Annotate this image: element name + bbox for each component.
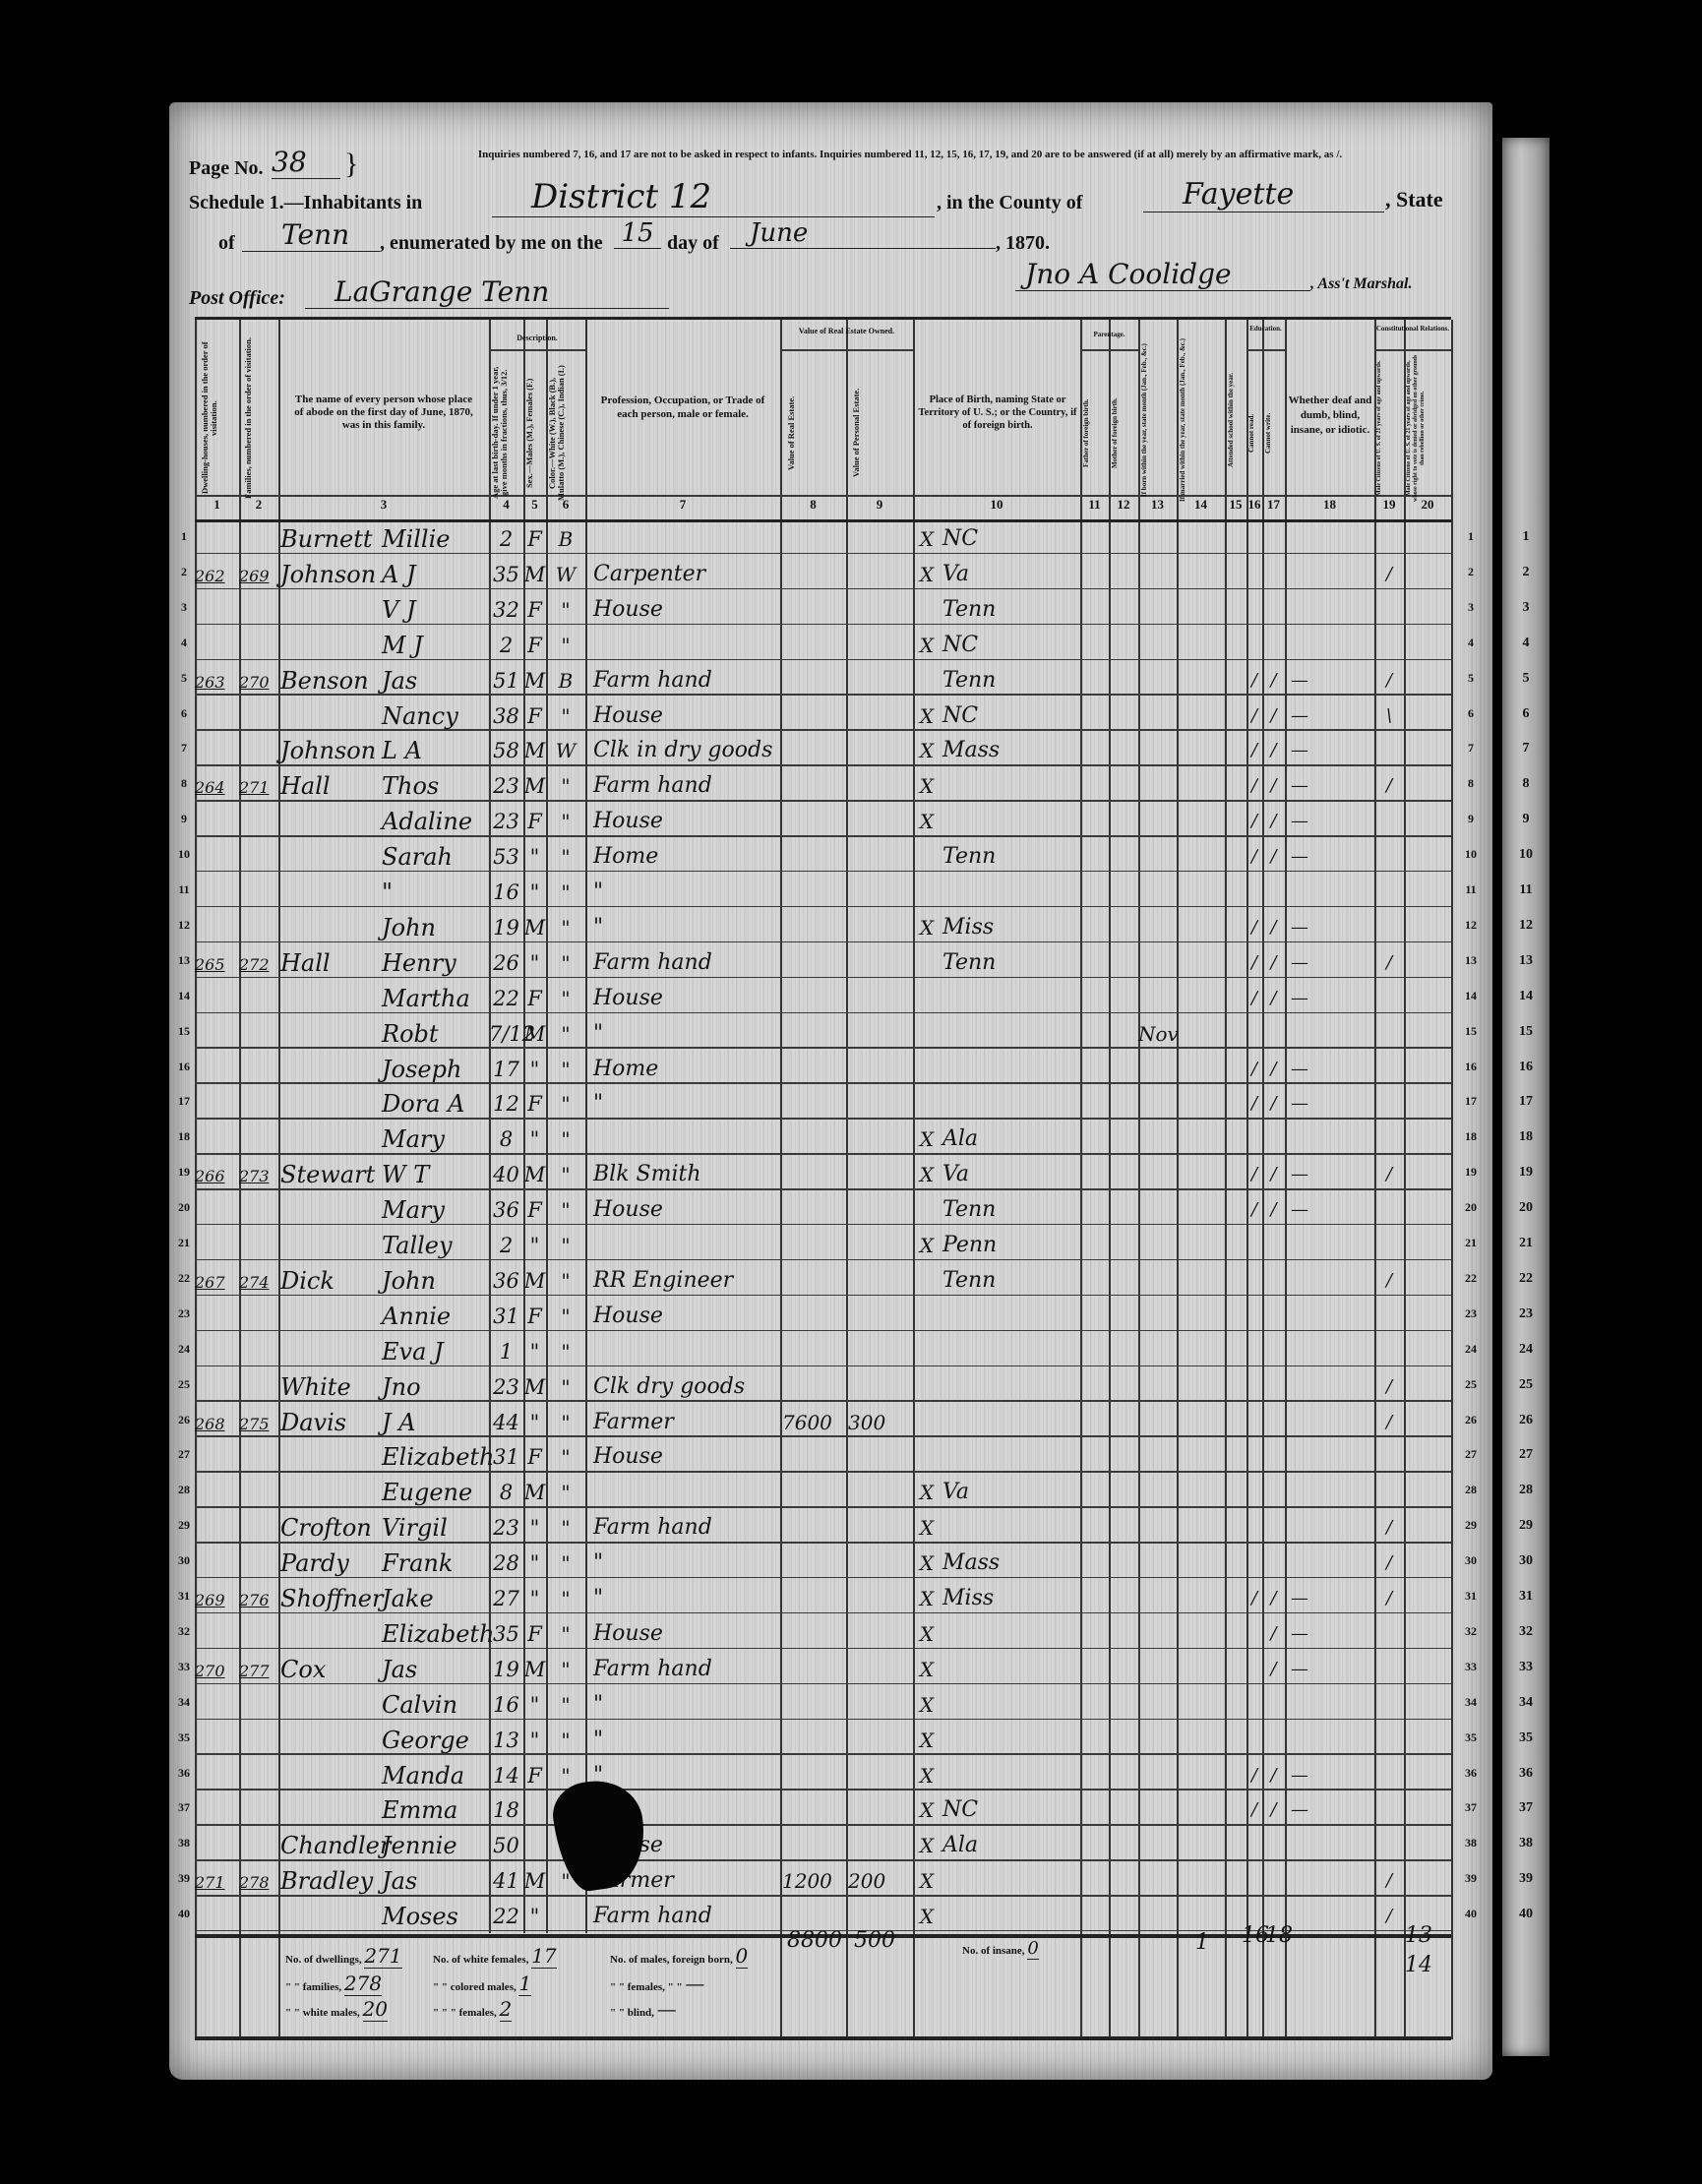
surname [280, 1190, 389, 1226]
cannot-write: / [1262, 661, 1285, 697]
vote-denied [1404, 626, 1451, 661]
cannot-read [1246, 1721, 1262, 1756]
male-citizen-21: / [1374, 1155, 1404, 1190]
cannot-read [1246, 1261, 1262, 1297]
male-citizen-21: / [1374, 1544, 1404, 1579]
birth-mark: X [915, 1614, 939, 1650]
cannot-write: / [1262, 697, 1285, 732]
adjacent-line-number: 25 [1515, 1377, 1537, 1393]
dwelling-number [195, 1473, 239, 1508]
line-number: 24 [173, 1342, 195, 1357]
birth-mark: X [915, 1790, 939, 1826]
birth-mark: X [915, 1650, 939, 1685]
line-number-right: 18 [1460, 1129, 1482, 1144]
born-within-year [1138, 908, 1177, 943]
colored-males-count: 1 [518, 1972, 531, 1996]
born-within-year [1138, 697, 1177, 732]
sex: M [523, 1367, 546, 1403]
col15-header: Attended school within the year. [1227, 334, 1246, 507]
sex: M [523, 1861, 546, 1897]
family-number [239, 1721, 278, 1756]
color: B [546, 661, 585, 697]
occupation: House [593, 590, 780, 626]
cannot-write [1262, 1120, 1285, 1155]
real-estate-value [782, 943, 846, 979]
line-number-right: 38 [1460, 1836, 1482, 1850]
occupation: Farm hand [593, 661, 780, 697]
male-citizen-21 [1374, 1756, 1404, 1791]
family-number [239, 1190, 278, 1226]
of-label: of [218, 232, 235, 255]
foreign-females-count: — [685, 1972, 704, 1995]
table-row: PardyFrank28"""XMass/ [195, 1544, 1451, 1579]
birth-mark [915, 837, 939, 873]
personal-estate-value [848, 837, 913, 873]
cannot-write [1262, 1861, 1285, 1897]
deaf-blind-insane: — [1285, 1790, 1314, 1826]
personal-estate-value [848, 590, 913, 626]
birthplace [942, 1650, 1080, 1685]
line-number-right: 7 [1460, 741, 1482, 756]
personal-estate-value [848, 1756, 913, 1791]
cannot-read [1246, 1367, 1262, 1403]
cannot-read: / [1246, 1050, 1262, 1085]
table-row: Eugene8M"XVa [195, 1473, 1451, 1508]
col19-header: Male Citizens of U. S. of 21 years of ag… [1376, 354, 1404, 502]
dwelling-number [195, 590, 239, 626]
table-row: 263270BensonJas51MBFarm handTenn//—/ [195, 661, 1451, 697]
given-name: Virgil [382, 1508, 490, 1544]
born-within-year [1138, 1614, 1177, 1650]
born-within-year [1138, 979, 1177, 1014]
male-citizen-21 [1374, 802, 1404, 837]
surname: Pardy [280, 1544, 389, 1579]
cannot-read [1246, 1650, 1262, 1685]
cannot-write: / [1262, 1050, 1285, 1085]
occupation: Farm hand [593, 1508, 780, 1544]
birth-mark: X [915, 1685, 939, 1721]
table-row: 265272HallHenry26""Farm handTenn//—/ [195, 943, 1451, 979]
vote-denied [1404, 519, 1451, 555]
table-row: M J2F"XNC [195, 626, 1451, 661]
line-number: 7 [173, 741, 195, 756]
deaf-blind-insane: — [1285, 1190, 1314, 1226]
surname [280, 908, 389, 943]
sex: F [523, 802, 546, 837]
deaf-blind-insane: — [1285, 908, 1314, 943]
occupation: Farm hand [593, 1897, 780, 1932]
birthplace [942, 1367, 1080, 1403]
birth-mark [915, 1367, 939, 1403]
male-citizen-21 [1374, 1721, 1404, 1756]
surname [280, 1437, 389, 1473]
color: " [546, 1226, 585, 1261]
birth-mark: X [915, 1721, 939, 1756]
real-estate-value [782, 1226, 846, 1261]
deaf-blind-insane: — [1285, 1756, 1314, 1791]
adjacent-line-number: 28 [1515, 1483, 1537, 1498]
occupation [593, 1332, 780, 1367]
line-number: 18 [173, 1129, 195, 1144]
real-estate-value [782, 1190, 846, 1226]
surname [280, 1473, 389, 1508]
born-within-year [1138, 1226, 1177, 1261]
sex: " [523, 1403, 546, 1438]
birthplace [942, 1084, 1080, 1120]
male-citizen-21 [1374, 979, 1404, 1014]
cannot-read [1246, 1544, 1262, 1579]
state-field: Tenn [242, 218, 380, 252]
description-group-header: Description. [489, 333, 585, 343]
family-number [239, 1897, 278, 1932]
vote-denied [1404, 1685, 1451, 1721]
cannot-write: / [1262, 979, 1285, 1014]
birthplace [942, 1756, 1080, 1791]
line-number-right: 39 [1460, 1871, 1482, 1886]
col7-header: Profession, Occupation, or Trade of each… [590, 394, 775, 421]
line-number-right: 25 [1460, 1377, 1482, 1392]
born-within-year [1138, 1650, 1177, 1685]
adjacent-line-number: 35 [1515, 1730, 1537, 1746]
table-row: WhiteJno23M"Clk dry goods/ [195, 1367, 1451, 1403]
birth-mark: X [915, 555, 939, 590]
cannot-read [1246, 626, 1262, 661]
male-citizen-21: / [1374, 943, 1404, 979]
given-name: Henry [382, 943, 490, 979]
adjacent-line-number: 21 [1515, 1236, 1537, 1251]
birthplace [942, 1861, 1080, 1897]
birth-mark: X [915, 908, 939, 943]
given-name: Sarah [382, 837, 490, 873]
sex: M [523, 1261, 546, 1297]
surname: Johnson [280, 731, 389, 766]
vote-denied [1404, 979, 1451, 1014]
dwelling-number [195, 1120, 239, 1155]
color: " [546, 1685, 585, 1721]
color: " [546, 590, 585, 626]
adjacent-line-number: 30 [1515, 1553, 1537, 1569]
family-number [239, 1473, 278, 1508]
cannot-write [1262, 1226, 1285, 1261]
line-number-right: 5 [1460, 671, 1482, 686]
surname [280, 1685, 389, 1721]
real-estate-value [782, 1721, 846, 1756]
family-number [239, 1685, 278, 1721]
male-citizen-21 [1374, 1190, 1404, 1226]
birthplace: Tenn [942, 837, 1080, 873]
sex: F [523, 1297, 546, 1332]
deaf-blind-insane [1285, 1473, 1314, 1508]
age: 16 [489, 1685, 523, 1721]
surname [280, 979, 389, 1014]
cannot-write [1262, 1403, 1285, 1438]
cannot-read: / [1246, 766, 1262, 802]
born-within-year [1138, 766, 1177, 802]
adjacent-line-number: 14 [1515, 989, 1537, 1004]
occupation: House [593, 1297, 780, 1332]
occupation: " [593, 1544, 780, 1579]
vote-denied [1404, 1403, 1451, 1438]
male-citizen-21 [1374, 1650, 1404, 1685]
color: " [546, 1614, 585, 1650]
line-number: 1 [173, 529, 195, 544]
dwelling-number [195, 979, 239, 1014]
personal-estate-value [848, 731, 913, 766]
line-number-right: 29 [1460, 1518, 1482, 1533]
vote-denied [1404, 1790, 1451, 1826]
adjacent-line-number: 16 [1515, 1060, 1537, 1075]
birth-mark: X [915, 626, 939, 661]
given-name: Jas [382, 1861, 490, 1897]
line-number-right: 36 [1460, 1766, 1482, 1781]
vote-denied [1404, 661, 1451, 697]
real-estate-value [782, 1084, 846, 1120]
line-number: 38 [173, 1836, 195, 1850]
dwelling-number: 269 [195, 1579, 239, 1614]
birth-mark: X [915, 697, 939, 732]
county-label: , in the County of [937, 192, 1082, 214]
male-citizen-21 [1374, 1297, 1404, 1332]
cannot-write: / [1262, 802, 1285, 837]
table-row: JohnsonL A58MWClk in dry goodsXMass//— [195, 731, 1451, 766]
deaf-blind-insane [1285, 1226, 1314, 1261]
male-citizen-21: \ [1374, 697, 1404, 732]
occupation: Carpenter [593, 555, 780, 590]
deaf-blind-insane [1285, 626, 1314, 661]
cannot-read [1246, 519, 1262, 555]
table-row: 262269JohnsonA J35MWCarpenterXVa/ [195, 555, 1451, 590]
real-estate-value [782, 1650, 846, 1685]
occupation: Farm hand [593, 1650, 780, 1685]
color: " [546, 1367, 585, 1403]
birth-mark [915, 1050, 939, 1085]
surname [280, 1014, 389, 1050]
col6-header: Color.—White (W.), Black (B.), Mulatto (… [548, 364, 583, 502]
personal-estate-value [848, 943, 913, 979]
cannot-write: / [1262, 1756, 1285, 1791]
adjacent-line-number: 36 [1515, 1766, 1537, 1782]
line-number: 28 [173, 1483, 195, 1497]
personal-estate-value [848, 766, 913, 802]
line-number-right: 40 [1460, 1907, 1482, 1921]
dwelling-number [195, 1332, 239, 1367]
given-name: George [382, 1721, 490, 1756]
col12-header: Mother of foreign birth. [1111, 359, 1136, 507]
age: 40 [489, 1155, 523, 1190]
birth-mark [915, 1332, 939, 1367]
line-number-right: 19 [1460, 1165, 1482, 1180]
line-number: 33 [173, 1660, 195, 1674]
line-number-right: 26 [1460, 1413, 1482, 1427]
personal-estate-value [848, 1544, 913, 1579]
education-group-header: Education. [1246, 325, 1285, 333]
adjacent-line-number: 29 [1515, 1518, 1537, 1534]
dwelling-number [195, 626, 239, 661]
dwelling-number: 266 [195, 1155, 239, 1190]
family-number: 275 [239, 1403, 278, 1438]
table-row: 267274DickJohn36M"RR EngineerTenn/ [195, 1261, 1451, 1297]
given-name: Eva J [382, 1332, 490, 1367]
real-estate-value [782, 1579, 846, 1614]
summary-block: No. of dwellings, 271 " " families, 278 … [285, 1936, 777, 2025]
born-within-year [1138, 626, 1177, 661]
age: 2 [489, 1226, 523, 1261]
year-label: , 1870. [996, 232, 1050, 255]
age: 23 [489, 1367, 523, 1403]
personal-estate-value [848, 1721, 913, 1756]
occupation: Home [593, 837, 780, 873]
birth-mark [915, 943, 939, 979]
sex: F [523, 1756, 546, 1791]
sex: " [523, 1508, 546, 1544]
male-citizen-21 [1374, 1226, 1404, 1261]
given-name: Joseph [382, 1050, 490, 1085]
line-number-right: 12 [1460, 918, 1482, 933]
col5-header: Sex.—Males (M.), Females (F.) [525, 364, 545, 502]
line-number-right: 37 [1460, 1800, 1482, 1815]
birthplace: Tenn [942, 661, 1080, 697]
cannot-write [1262, 1332, 1285, 1367]
real-estate-value [782, 519, 846, 555]
surname: Stewart [280, 1155, 389, 1190]
real-estate-value [782, 1120, 846, 1155]
birth-mark: X [915, 1120, 939, 1155]
cannot-read [1246, 1473, 1262, 1508]
color: " [546, 626, 585, 661]
surname: Hall [280, 766, 389, 802]
sex: M [523, 731, 546, 766]
family-number [239, 1050, 278, 1085]
surname: Hall [280, 943, 389, 979]
birthplace: Ala [942, 1826, 1080, 1861]
birth-mark: X [915, 802, 939, 837]
deaf-blind-insane [1285, 1367, 1314, 1403]
line-number: 10 [173, 847, 195, 862]
surname: Shoffner [280, 1579, 389, 1614]
age: 41 [489, 1861, 523, 1897]
birthplace [942, 1508, 1080, 1544]
given-name: Jennie [382, 1826, 490, 1861]
birthplace: Va [942, 1155, 1080, 1190]
insane-summary: No. of insane, 0 [962, 1938, 1039, 1959]
occupation [593, 1473, 780, 1508]
family-number: 274 [239, 1261, 278, 1297]
born-within-year [1138, 1579, 1177, 1614]
age: 14 [489, 1756, 523, 1791]
birthplace [942, 1685, 1080, 1721]
vote-denied [1404, 1014, 1451, 1050]
real-estate-value [782, 1155, 846, 1190]
age: 35 [489, 1614, 523, 1650]
occupation: House [593, 802, 780, 837]
personal-estate-value [848, 1579, 913, 1614]
deaf-blind-insane: — [1285, 1155, 1314, 1190]
cannot-write [1262, 1261, 1285, 1297]
occupation: Blk Smith [593, 1155, 780, 1190]
district-field: District 12 [492, 177, 935, 217]
birthplace: Penn [942, 1226, 1080, 1261]
foreign-males-count: 0 [736, 1944, 749, 1969]
vote-denied [1404, 697, 1451, 732]
cannot-write [1262, 1826, 1285, 1861]
birth-mark [915, 1437, 939, 1473]
given-name: Robt [382, 1014, 490, 1050]
real-estate-value [782, 1473, 846, 1508]
given-name: Calvin [382, 1685, 490, 1721]
birth-mark [915, 1014, 939, 1050]
color: " [546, 1544, 585, 1579]
cannot-read [1246, 1297, 1262, 1332]
sex: F [523, 697, 546, 732]
column-number-row: 1 2 3 4 5 6 7 8 9 10 11 12 13 14 15 16 1… [195, 497, 1451, 516]
sex: " [523, 1120, 546, 1155]
personal-estate-value: 300 [848, 1403, 913, 1438]
line-number: 36 [173, 1766, 195, 1781]
occupation: " [593, 873, 780, 908]
cannot-read: / [1246, 1579, 1262, 1614]
deaf-blind-insane: — [1285, 1579, 1314, 1614]
birthplace [942, 1014, 1080, 1050]
surname: Benson [280, 661, 389, 697]
male-citizen-21 [1374, 1050, 1404, 1085]
table-row: Adaline23F"HouseX//— [195, 802, 1451, 837]
adjacent-line-number: 39 [1515, 1871, 1537, 1887]
color: " [546, 837, 585, 873]
parentage-group-header: Parentage. [1080, 330, 1138, 340]
male-citizen-21 [1374, 1614, 1404, 1650]
color: B [546, 519, 585, 555]
personal-estate-value [848, 1261, 913, 1297]
deaf-blind-insane [1285, 1403, 1314, 1438]
color: " [546, 1579, 585, 1614]
table-row: Elizabeth31F"House [195, 1437, 1451, 1473]
birthplace [942, 1614, 1080, 1650]
surname [280, 626, 389, 661]
marshal-signature: Jno A Coolidge [1015, 258, 1310, 291]
table-row: Robt7/12M""Nov [195, 1014, 1451, 1050]
personal-estate-value [848, 697, 913, 732]
table-row: BurnettMillie2FBXNC [195, 519, 1451, 555]
dwelling-number: 263 [195, 661, 239, 697]
col14-header: If married within the year, state month … [1179, 334, 1224, 507]
family-number [239, 802, 278, 837]
age: 7/12 [489, 1014, 523, 1050]
vote-denied [1404, 1332, 1451, 1367]
sex: F [523, 590, 546, 626]
marshal-label: , Ass't Marshal. [1310, 275, 1412, 293]
color: " [546, 1473, 585, 1508]
adjacent-line-number: 3 [1515, 600, 1537, 616]
birth-mark [915, 1403, 939, 1438]
sex: " [523, 873, 546, 908]
birthplace [942, 1897, 1080, 1932]
line-number-right: 6 [1460, 706, 1482, 721]
surname: White [280, 1367, 389, 1403]
adjacent-line-number: 9 [1515, 812, 1537, 827]
surname: Dick [280, 1261, 389, 1297]
birthplace: NC [942, 626, 1080, 661]
vote-denied [1404, 1544, 1451, 1579]
cannot-read: / [1246, 802, 1262, 837]
occupation: " [593, 1721, 780, 1756]
family-number: 270 [239, 661, 278, 697]
given-name: Dora A [382, 1084, 490, 1120]
dwelling-number [195, 802, 239, 837]
vote-denied [1404, 873, 1451, 908]
surname [280, 1756, 389, 1791]
dwelling-number [195, 1721, 239, 1756]
family-number: 278 [239, 1861, 278, 1897]
